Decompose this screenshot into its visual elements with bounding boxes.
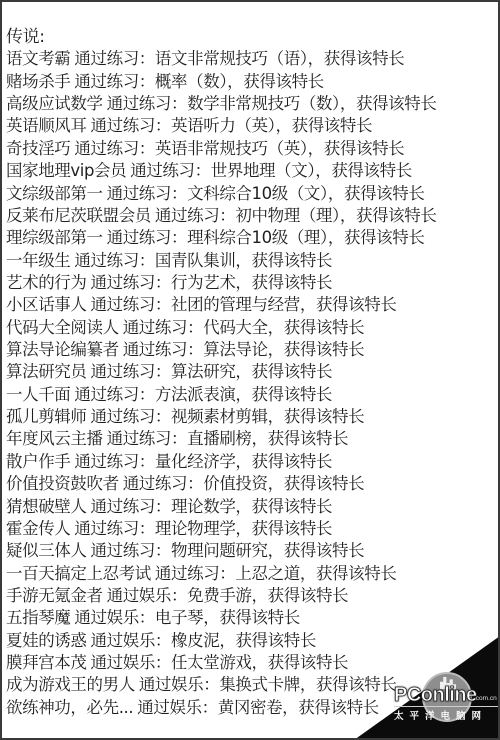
list-item: 代码大全阅读人通过练习：代码大全，获得该特长	[6, 317, 494, 339]
entry-method: 通过练习：	[91, 116, 172, 135]
entry-title: 孤儿剪辑师	[6, 407, 87, 426]
entry-method: 通过练习：	[155, 564, 236, 583]
entry-result: 获得该特长	[298, 698, 379, 717]
entry-title: 艺术的行为	[6, 273, 87, 292]
entry-method: 通过练习：	[91, 362, 172, 381]
entry-title: 理综级部第一	[6, 228, 103, 247]
list-item: 夏娃的诱惑通过娱乐：橡皮泥，获得该特长	[6, 630, 494, 652]
entry-method: 通过娱乐：	[91, 653, 172, 672]
list-item: 奇技淫巧通过练习：英语非常规技巧（英），获得该特长	[6, 138, 494, 160]
entry-method: 通过练习：	[123, 474, 204, 493]
entry-result: 获得该特长	[292, 116, 373, 135]
entry-method: 通过练习：	[74, 251, 155, 270]
entry-method: 通过练习：	[107, 184, 188, 203]
entry-result: 获得该特长	[284, 407, 365, 426]
entry-title: 夏娃的诱惑	[6, 631, 87, 650]
list-item: 疑似三体人通过练习：物理问题研究，获得该特长	[6, 540, 494, 562]
entry-method: 通过练习：	[130, 161, 211, 180]
entry-result: 获得该特长	[252, 519, 333, 538]
list-item: 文综级部第一通过练习：文科综合10级（文），获得该特长	[6, 183, 494, 205]
list-item: 年度风云主播通过练习：直播刷榜，获得该特长	[6, 428, 494, 450]
entry-title: 一人千面	[6, 385, 70, 404]
entry-result: 获得该特长	[284, 318, 365, 337]
entry-source: 代码大全，	[203, 318, 284, 337]
entry-title: 算法导论编纂者	[6, 340, 119, 359]
entry-method: 通过练习：	[123, 340, 204, 359]
entry-method: 通过娱乐：	[107, 586, 188, 605]
entry-method: 通过娱乐：	[137, 698, 218, 717]
entry-result: 获得该特长	[331, 161, 412, 180]
entry-title: 文综级部第一	[6, 184, 103, 203]
entry-result: 获得该特长	[316, 295, 397, 314]
entry-source: 理科综合10级（理），	[187, 228, 344, 247]
entry-result: 获得该特长	[235, 631, 316, 650]
list-item: 孤儿剪辑师通过练习：视频素材剪辑，获得该特长	[6, 406, 494, 428]
entry-title: 高级应试数学	[6, 94, 103, 113]
entry-result: 获得该特长	[324, 49, 405, 68]
entry-source: 行为艺术，	[171, 273, 252, 292]
list-item: 艺术的行为通过练习：行为艺术，获得该特长	[6, 272, 494, 294]
entry-method: 通过练习：	[123, 318, 204, 337]
pconline-watermark: PConline .com.cn 太平洋电脑网	[392, 668, 500, 728]
entry-method: 通过娱乐：	[91, 631, 172, 650]
entry-result: 获得该特长	[252, 452, 333, 471]
entry-source: 免费手游，	[187, 586, 268, 605]
entry-title: 一年级生	[6, 251, 70, 270]
list-item: 霍金传人通过练习：理论物理学，获得该特长	[6, 518, 494, 540]
entry-method: 通过练习：	[155, 206, 236, 225]
list-item: 一人千面通过练习：方法派表演，获得该特长	[6, 384, 494, 406]
entry-source: 电子琴，	[155, 608, 219, 627]
document-frame: 传说: 语文考霸通过练习：语文非常规技巧（语），获得该特长赌场杀手通过练习：概率…	[0, 0, 500, 740]
entry-method: 通过练习：	[74, 452, 155, 471]
list-item: 散户作手通过练习：量化经济学，获得该特长	[6, 451, 494, 473]
list-item: 理综级部第一通过练习：理科综合10级（理），获得该特长	[6, 227, 494, 249]
watermark-brand: PConline	[394, 684, 477, 707]
entry-source: 集换式卡牌，	[219, 675, 316, 694]
entry-title: 五指琴魔	[6, 608, 70, 627]
entry-result: 获得该特长	[344, 184, 425, 203]
entry-method: 通过练习：	[74, 519, 155, 538]
entry-method: 通过练习：	[91, 497, 172, 516]
entry-source: 直播刷榜，	[187, 429, 268, 448]
entry-source: 价值投资，	[203, 474, 284, 493]
entry-source: 世界地理（文），	[211, 161, 332, 180]
entry-source: 理论数学，	[171, 497, 252, 516]
entry-method: 通过娱乐：	[139, 675, 220, 694]
entry-result: 获得该特长	[252, 273, 333, 292]
entry-result: 获得该特长	[284, 541, 365, 560]
entry-source: 算法研究，	[171, 362, 252, 381]
entry-source: 数学非常规技巧（数），	[187, 94, 356, 113]
entry-method: 通过练习：	[91, 407, 172, 426]
entry-source: 量化经济学，	[155, 452, 252, 471]
entry-source: 概率（数），	[155, 72, 243, 91]
entry-method: 通过练习：	[74, 72, 155, 91]
list-item: 手游无氪金者通过娱乐：免费手游，获得该特长	[6, 585, 494, 607]
entry-title: 膜拜宫本茂	[6, 653, 87, 672]
list-item: 算法导论编纂者通过练习：算法导论，获得该特长	[6, 339, 494, 361]
entry-result: 获得该特长	[356, 206, 437, 225]
list-heading: 传说:	[6, 26, 494, 48]
list-item: 猜想破壁人通过练习：理论数学，获得该特长	[6, 496, 494, 518]
entry-method: 通过练习：	[107, 429, 188, 448]
entry-result: 获得该特长	[268, 586, 349, 605]
list-item: 一百天搞定上忍考试通过练习：上忍之道，获得该特长	[6, 563, 494, 585]
entry-source: 黄冈密卷，	[218, 698, 299, 717]
watermark-domain: .com.cn	[474, 695, 497, 702]
entry-title: 散户作手	[6, 452, 70, 471]
entry-source: 初中物理（理），	[235, 206, 356, 225]
entry-title: 价值投资鼓吹者	[6, 474, 119, 493]
entry-title: 反莱布尼茨联盟会员	[6, 206, 151, 225]
list-item: 小区话事人通过练习：社团的管理与经营，获得该特长	[6, 294, 494, 316]
entry-title: 年度风云主播	[6, 429, 103, 448]
entry-title: 代码大全阅读人	[6, 318, 119, 337]
entry-title: 手游无氪金者	[6, 586, 103, 605]
entry-title: 奇技淫巧	[6, 139, 70, 158]
entry-source: 任太堂游戏，	[171, 653, 268, 672]
entry-title: 疑似三体人	[6, 541, 87, 560]
entry-method: 通过练习：	[91, 541, 172, 560]
entry-method: 通过练习：	[91, 295, 172, 314]
list-item: 赌场杀手通过练习：概率（数），获得该特长	[6, 71, 494, 93]
entry-source: 语文非常规技巧（语），	[155, 49, 324, 68]
list-item: 算法研究员通过练习：算法研究，获得该特长	[6, 361, 494, 383]
entry-result: 获得该特长	[252, 251, 333, 270]
entry-result: 获得该特长	[252, 497, 333, 516]
entry-result: 获得该特长	[316, 564, 397, 583]
entry-title: 国家地理vip会员	[6, 161, 126, 180]
entry-method: 通过练习：	[107, 94, 188, 113]
list-item: 英语顺风耳通过练习：英语听力（英），获得该特长	[6, 115, 494, 137]
entry-source: 橡皮泥，	[171, 631, 235, 650]
entry-source: 国青队集训，	[155, 251, 252, 270]
entry-result: 获得该特长	[356, 94, 437, 113]
entry-result: 获得该特长	[324, 139, 405, 158]
entry-result: 获得该特长	[252, 362, 333, 381]
entry-title: 欲练神功，必先...	[6, 698, 133, 717]
entry-title: 一百天搞定上忍考试	[6, 564, 151, 583]
entry-title: 霍金传人	[6, 519, 70, 538]
entry-method: 通过练习：	[107, 228, 188, 247]
entry-result: 获得该特长	[344, 228, 425, 247]
list-item: 语文考霸通过练习：语文非常规技巧（语），获得该特长	[6, 48, 494, 70]
watermark-cn-name: 太平洋电脑网	[394, 706, 498, 722]
entry-source: 理论物理学，	[155, 519, 252, 538]
list-item: 价值投资鼓吹者通过练习：价值投资，获得该特长	[6, 473, 494, 495]
list-item: 一年级生通过练习：国青队集训，获得该特长	[6, 250, 494, 272]
entry-source: 上忍之道，	[235, 564, 316, 583]
entry-title: 英语顺风耳	[6, 116, 87, 135]
entry-result: 获得该特长	[243, 72, 324, 91]
list-item: 五指琴魔通过娱乐：电子琴，获得该特长	[6, 607, 494, 629]
entry-source: 英语非常规技巧（英），	[155, 139, 324, 158]
entry-source: 英语听力（英），	[171, 116, 292, 135]
entry-method: 通过练习：	[74, 385, 155, 404]
entry-source: 文科综合10级（文），	[187, 184, 344, 203]
legend-list: 传说: 语文考霸通过练习：语文非常规技巧（语），获得该特长赌场杀手通过练习：概率…	[6, 26, 494, 719]
entry-result: 获得该特长	[284, 474, 365, 493]
entry-source: 算法导论，	[203, 340, 284, 359]
entry-result: 获得该特长	[268, 653, 349, 672]
entry-result: 获得该特长	[252, 385, 333, 404]
entry-title: 算法研究员	[6, 362, 87, 381]
entry-title: 成为游戏王的男人	[6, 675, 135, 694]
entry-title: 赌场杀手	[6, 72, 70, 91]
entry-method: 通过练习：	[74, 49, 155, 68]
entry-source: 方法派表演，	[155, 385, 252, 404]
entry-title: 猜想破壁人	[6, 497, 87, 516]
entry-result: 获得该特长	[284, 340, 365, 359]
entry-method: 通过练习：	[74, 139, 155, 158]
entry-result: 获得该特长	[219, 608, 300, 627]
entry-source: 视频素材剪辑，	[171, 407, 284, 426]
list-item: 高级应试数学通过练习：数学非常规技巧（数），获得该特长	[6, 93, 494, 115]
entry-source: 物理问题研究，	[171, 541, 284, 560]
entry-method: 通过练习：	[91, 273, 172, 292]
list-item: 国家地理vip会员通过练习：世界地理（文），获得该特长	[6, 160, 494, 182]
entry-title: 语文考霸	[6, 49, 70, 68]
entry-result: 获得该特长	[268, 429, 349, 448]
entry-result: 获得该特长	[316, 675, 397, 694]
entry-source: 社团的管理与经营，	[171, 295, 316, 314]
list-item: 反莱布尼茨联盟会员通过练习：初中物理（理），获得该特长	[6, 205, 494, 227]
entry-title: 小区话事人	[6, 295, 87, 314]
entry-method: 通过娱乐：	[74, 608, 155, 627]
